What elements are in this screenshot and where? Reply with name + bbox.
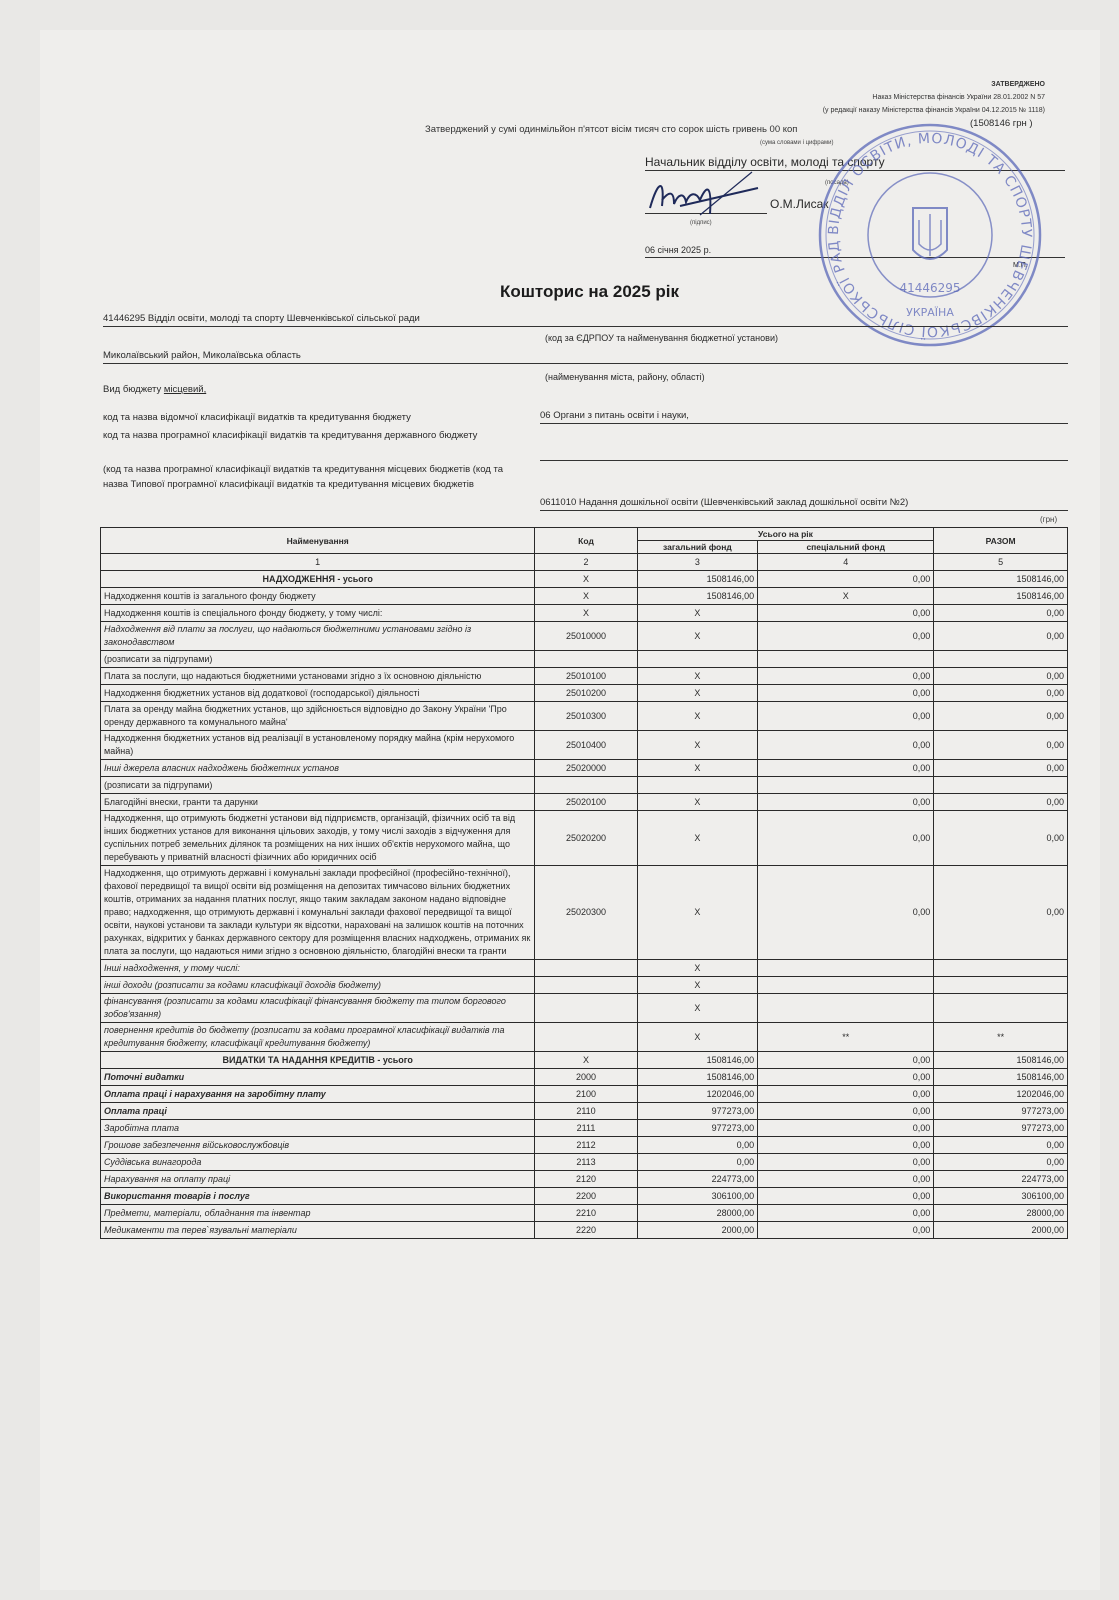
table-row: фінансування (розписати за кодами класиф…: [101, 994, 1068, 1023]
table-row: Надходження від плати за послуги, що над…: [101, 622, 1068, 651]
row-code: [535, 777, 637, 794]
row-code: [535, 994, 637, 1023]
table-row: Надходження бюджетних установ від додатк…: [101, 685, 1068, 702]
row-code: Х: [535, 588, 637, 605]
row-general-fund: [637, 777, 757, 794]
row-special-fund: 0,00: [758, 685, 934, 702]
budget-type-value: місцевий,: [164, 384, 206, 395]
row-total: 977273,00: [934, 1120, 1068, 1137]
row-code: 25010200: [535, 685, 637, 702]
row-special-fund: 0,00: [758, 1069, 934, 1086]
currency-unit: (грн): [1040, 515, 1057, 524]
col-number: 3: [637, 554, 757, 571]
row-total: [934, 994, 1068, 1023]
row-code: Х: [535, 1052, 637, 1069]
row-name: Благодійні внески, гранти та дарунки: [101, 794, 535, 811]
row-total: [934, 777, 1068, 794]
row-code: 2113: [535, 1154, 637, 1171]
row-general-fund: 1508146,00: [637, 1052, 757, 1069]
row-total: 1508146,00: [934, 1069, 1068, 1086]
departmental-classification-value: 06 Органи з питань освіти і науки,: [540, 410, 1068, 424]
row-name: (розписати за підгрупами): [101, 777, 535, 794]
row-general-fund: Х: [637, 685, 757, 702]
row-special-fund: 0,00: [758, 760, 934, 777]
row-code: 2210: [535, 1205, 637, 1222]
page-title: Кошторис на 2025 рік: [0, 282, 1119, 302]
row-total: 0,00: [934, 866, 1068, 960]
row-code: Х: [535, 571, 637, 588]
row-total: 28000,00: [934, 1205, 1068, 1222]
row-general-fund: 1508146,00: [637, 571, 757, 588]
budget-type-label: Вид бюджету: [103, 384, 161, 395]
row-name: Надходження, що отримують державні і ком…: [101, 866, 535, 960]
table-row: Медикаменти та перев`язувальні матеріали…: [101, 1222, 1068, 1239]
row-name: ВИДАТКИ ТА НАДАННЯ КРЕДИТІВ - усього: [101, 1052, 535, 1069]
row-name: Надходження, що отримують бюджетні устан…: [101, 811, 535, 866]
row-name: Надходження бюджетних установ від додатк…: [101, 685, 535, 702]
row-general-fund: 306100,00: [637, 1188, 757, 1205]
region-caption: (найменування міста, району, області): [545, 372, 705, 382]
table-row: інші доходи (розписати за кодами класифі…: [101, 977, 1068, 994]
row-general-fund: 1508146,00: [637, 1069, 757, 1086]
header-total: РАЗОМ: [934, 528, 1068, 554]
table-row: Предмети, матеріали, обладнання та інвен…: [101, 1205, 1068, 1222]
row-special-fund: 0,00: [758, 811, 934, 866]
row-special-fund: 0,00: [758, 702, 934, 731]
row-total: 0,00: [934, 811, 1068, 866]
table-row: (розписати за підгрупами): [101, 777, 1068, 794]
state-program-classification-value: [540, 446, 1068, 461]
row-special-fund: 0,00: [758, 794, 934, 811]
header-special-fund: спеціальний фонд: [758, 541, 934, 554]
row-code: 2110: [535, 1103, 637, 1120]
row-general-fund: Х: [637, 605, 757, 622]
row-total: 0,00: [934, 731, 1068, 760]
header-name: Найменування: [101, 528, 535, 554]
table-row: Суддівська винагорода21130,000,000,00: [101, 1154, 1068, 1171]
table-row: Заробітна плата2111977273,000,00977273,0…: [101, 1120, 1068, 1137]
row-special-fund: 0,00: [758, 1137, 934, 1154]
row-special-fund: 0,00: [758, 866, 934, 960]
header-code: Код: [535, 528, 637, 554]
approved-label: ЗАТВЕРДЖЕНО: [823, 78, 1045, 91]
row-name: Надходження коштів із загального фонду б…: [101, 588, 535, 605]
row-general-fund: Х: [637, 811, 757, 866]
row-special-fund: 0,00: [758, 1052, 934, 1069]
row-special-fund: 0,00: [758, 1222, 934, 1239]
row-special-fund: 0,00: [758, 1154, 934, 1171]
row-special-fund: 0,00: [758, 731, 934, 760]
table-row: Надходження коштів із спеціального фонду…: [101, 605, 1068, 622]
row-code: 25020200: [535, 811, 637, 866]
budget-type: Вид бюджету місцевий,: [103, 382, 206, 397]
table-row: Благодійні внески, гранти та дарунки2502…: [101, 794, 1068, 811]
row-special-fund: 0,00: [758, 1103, 934, 1120]
table-row: Плата за оренду майна бюджетних установ,…: [101, 702, 1068, 731]
row-total: 0,00: [934, 668, 1068, 685]
row-total: 977273,00: [934, 1103, 1068, 1120]
table-row: ВИДАТКИ ТА НАДАННЯ КРЕДИТІВ - усьогоХ150…: [101, 1052, 1068, 1069]
row-code: 25020300: [535, 866, 637, 960]
table-row: Оплата праці і нарахування на заробітну …: [101, 1086, 1068, 1103]
row-total: 224773,00: [934, 1171, 1068, 1188]
col-number: 5: [934, 554, 1068, 571]
table-row: Нарахування на оплату праці2120224773,00…: [101, 1171, 1068, 1188]
approved-sum-words: Затверджений у сумі одинмільйон п'ятсот …: [425, 124, 797, 135]
approval-block: ЗАТВЕРДЖЕНО Наказ Міністерства фінансів …: [823, 78, 1045, 117]
table-row: Інші джерела власних надходжень бюджетни…: [101, 760, 1068, 777]
row-name: Оплата праці: [101, 1103, 535, 1120]
row-code: 2100: [535, 1086, 637, 1103]
row-code: 2200: [535, 1188, 637, 1205]
row-general-fund: 1508146,00: [637, 588, 757, 605]
row-general-fund: Х: [637, 760, 757, 777]
row-general-fund: 2000,00: [637, 1222, 757, 1239]
row-name: Надходження коштів із спеціального фонду…: [101, 605, 535, 622]
row-special-fund: [758, 651, 934, 668]
row-total: 1508146,00: [934, 571, 1068, 588]
row-special-fund: 0,00: [758, 1171, 934, 1188]
column-numbers-row: 1 2 3 4 5: [101, 554, 1068, 571]
row-general-fund: Х: [637, 960, 757, 977]
row-code: [535, 977, 637, 994]
row-name: Використання товарів і послуг: [101, 1188, 535, 1205]
row-code: 2000: [535, 1069, 637, 1086]
row-total: 1202046,00: [934, 1086, 1068, 1103]
row-name: фінансування (розписати за кодами класиф…: [101, 994, 535, 1023]
budget-table: Найменування Код Усього на рік РАЗОМ заг…: [100, 527, 1068, 1239]
row-special-fund: **: [758, 1023, 934, 1052]
header-general-fund: загальний фонд: [637, 541, 757, 554]
row-special-fund: 0,00: [758, 668, 934, 685]
organization-caption: (код за ЄДРПОУ та найменування бюджетної…: [545, 333, 778, 343]
row-total: 0,00: [934, 685, 1068, 702]
region-field: Миколаївський район, Миколаївська област…: [103, 350, 1068, 364]
row-code: 25010400: [535, 731, 637, 760]
table-row: (розписати за підгрупами): [101, 651, 1068, 668]
table-row: повернення кредитів до бюджету (розписат…: [101, 1023, 1068, 1052]
row-name: Медикаменти та перев`язувальні матеріали: [101, 1222, 535, 1239]
table-row: Використання товарів і послуг2200306100,…: [101, 1188, 1068, 1205]
departmental-classification-label: код та назва відомчої класифікації видат…: [103, 410, 523, 425]
table-row: Плата за послуги, що надаються бюджетним…: [101, 668, 1068, 685]
row-name: інші доходи (розписати за кодами класифі…: [101, 977, 535, 994]
row-special-fund: 0,00: [758, 1205, 934, 1222]
row-general-fund: [637, 651, 757, 668]
row-code: 25020000: [535, 760, 637, 777]
local-program-classification-label: (код та назва програмної класифікації ви…: [103, 462, 523, 492]
row-name: Надходження від плати за послуги, що над…: [101, 622, 535, 651]
row-general-fund: 28000,00: [637, 1205, 757, 1222]
row-name: Оплата праці і нарахування на заробітну …: [101, 1086, 535, 1103]
local-program-classification-value: 0611010 Надання дошкільної освіти (Шевче…: [540, 497, 1068, 511]
row-name: Заробітна плата: [101, 1120, 535, 1137]
row-special-fund: 0,00: [758, 1086, 934, 1103]
col-number: 1: [101, 554, 535, 571]
row-code: [535, 960, 637, 977]
organization-field: 41446295 Відділ освіти, молоді та спорту…: [103, 313, 1068, 327]
row-code: 25020100: [535, 794, 637, 811]
row-general-fund: 1202046,00: [637, 1086, 757, 1103]
row-code: 2120: [535, 1171, 637, 1188]
row-name: (розписати за підгрупами): [101, 651, 535, 668]
row-general-fund: Х: [637, 622, 757, 651]
row-general-fund: Х: [637, 866, 757, 960]
row-name: Інші надходження, у тому числі:: [101, 960, 535, 977]
row-special-fund: Х: [758, 588, 934, 605]
table-row: Надходження бюджетних установ від реаліз…: [101, 731, 1068, 760]
handwritten-signature-icon: [640, 170, 760, 220]
row-special-fund: [758, 777, 934, 794]
table-row: Надходження, що отримують державні і ком…: [101, 866, 1068, 960]
row-total: **: [934, 1023, 1068, 1052]
row-total: 0,00: [934, 605, 1068, 622]
row-name: Інші джерела власних надходжень бюджетни…: [101, 760, 535, 777]
row-code: [535, 651, 637, 668]
row-total: 0,00: [934, 1137, 1068, 1154]
table-row: Інші надходження, у тому числі:Х: [101, 960, 1068, 977]
row-total: 0,00: [934, 702, 1068, 731]
state-program-classification-label: код та назва програмної класифікації вид…: [103, 428, 523, 443]
row-total: 306100,00: [934, 1188, 1068, 1205]
row-general-fund: Х: [637, 994, 757, 1023]
order-reference: Наказ Міністерства фінансів України 28.0…: [823, 91, 1045, 104]
row-special-fund: [758, 994, 934, 1023]
row-name: Надходження бюджетних установ від реаліз…: [101, 731, 535, 760]
row-name: Плата за оренду майна бюджетних установ,…: [101, 702, 535, 731]
row-special-fund: 0,00: [758, 605, 934, 622]
row-name: Нарахування на оплату праці: [101, 1171, 535, 1188]
row-code: 25010000: [535, 622, 637, 651]
row-name: повернення кредитів до бюджету (розписат…: [101, 1023, 535, 1052]
row-total: 0,00: [934, 794, 1068, 811]
row-total: 1508146,00: [934, 1052, 1068, 1069]
row-special-fund: 0,00: [758, 1120, 934, 1137]
header-total-year: Усього на рік: [637, 528, 934, 541]
signature-caption: (підпис): [690, 220, 712, 226]
row-code: Х: [535, 605, 637, 622]
row-special-fund: 0,00: [758, 1188, 934, 1205]
row-name: НАДХОДЖЕННЯ - усього: [101, 571, 535, 588]
row-name: Суддівська винагорода: [101, 1154, 535, 1171]
row-general-fund: 0,00: [637, 1154, 757, 1171]
col-number: 2: [535, 554, 637, 571]
order-edition: (у редакції наказу Міністерства фінансів…: [823, 104, 1045, 117]
row-name: Предмети, матеріали, обладнання та інвен…: [101, 1205, 535, 1222]
row-general-fund: Х: [637, 794, 757, 811]
row-total: [934, 651, 1068, 668]
row-code: 25010300: [535, 702, 637, 731]
row-special-fund: 0,00: [758, 622, 934, 651]
row-general-fund: Х: [637, 977, 757, 994]
row-code: 25010100: [535, 668, 637, 685]
row-general-fund: 977273,00: [637, 1120, 757, 1137]
row-general-fund: Х: [637, 668, 757, 685]
row-total: 1508146,00: [934, 588, 1068, 605]
row-total: [934, 960, 1068, 977]
row-code: [535, 1023, 637, 1052]
row-general-fund: Х: [637, 731, 757, 760]
table-row: Оплата праці2110977273,000,00977273,00: [101, 1103, 1068, 1120]
row-general-fund: 977273,00: [637, 1103, 757, 1120]
row-general-fund: 0,00: [637, 1137, 757, 1154]
table-row: Поточні видатки20001508146,000,001508146…: [101, 1069, 1068, 1086]
table-row: Надходження коштів із загального фонду б…: [101, 588, 1068, 605]
table-row: Грошове забезпечення військовослужбовців…: [101, 1137, 1068, 1154]
row-total: 0,00: [934, 622, 1068, 651]
row-code: 2220: [535, 1222, 637, 1239]
row-code: 2111: [535, 1120, 637, 1137]
row-general-fund: Х: [637, 702, 757, 731]
row-special-fund: [758, 977, 934, 994]
row-special-fund: 0,00: [758, 571, 934, 588]
row-total: 0,00: [934, 1154, 1068, 1171]
row-total: [934, 977, 1068, 994]
row-special-fund: [758, 960, 934, 977]
row-general-fund: Х: [637, 1023, 757, 1052]
row-code: 2112: [535, 1137, 637, 1154]
row-name: Поточні видатки: [101, 1069, 535, 1086]
row-total: 0,00: [934, 760, 1068, 777]
row-name: Грошове забезпечення військовослужбовців: [101, 1137, 535, 1154]
table-row: Надходження, що отримують бюджетні устан…: [101, 811, 1068, 866]
row-name: Плата за послуги, що надаються бюджетним…: [101, 668, 535, 685]
row-total: 2000,00: [934, 1222, 1068, 1239]
row-general-fund: 224773,00: [637, 1171, 757, 1188]
table-row: НАДХОДЖЕННЯ - усьогоХ1508146,000,0015081…: [101, 571, 1068, 588]
col-number: 4: [758, 554, 934, 571]
